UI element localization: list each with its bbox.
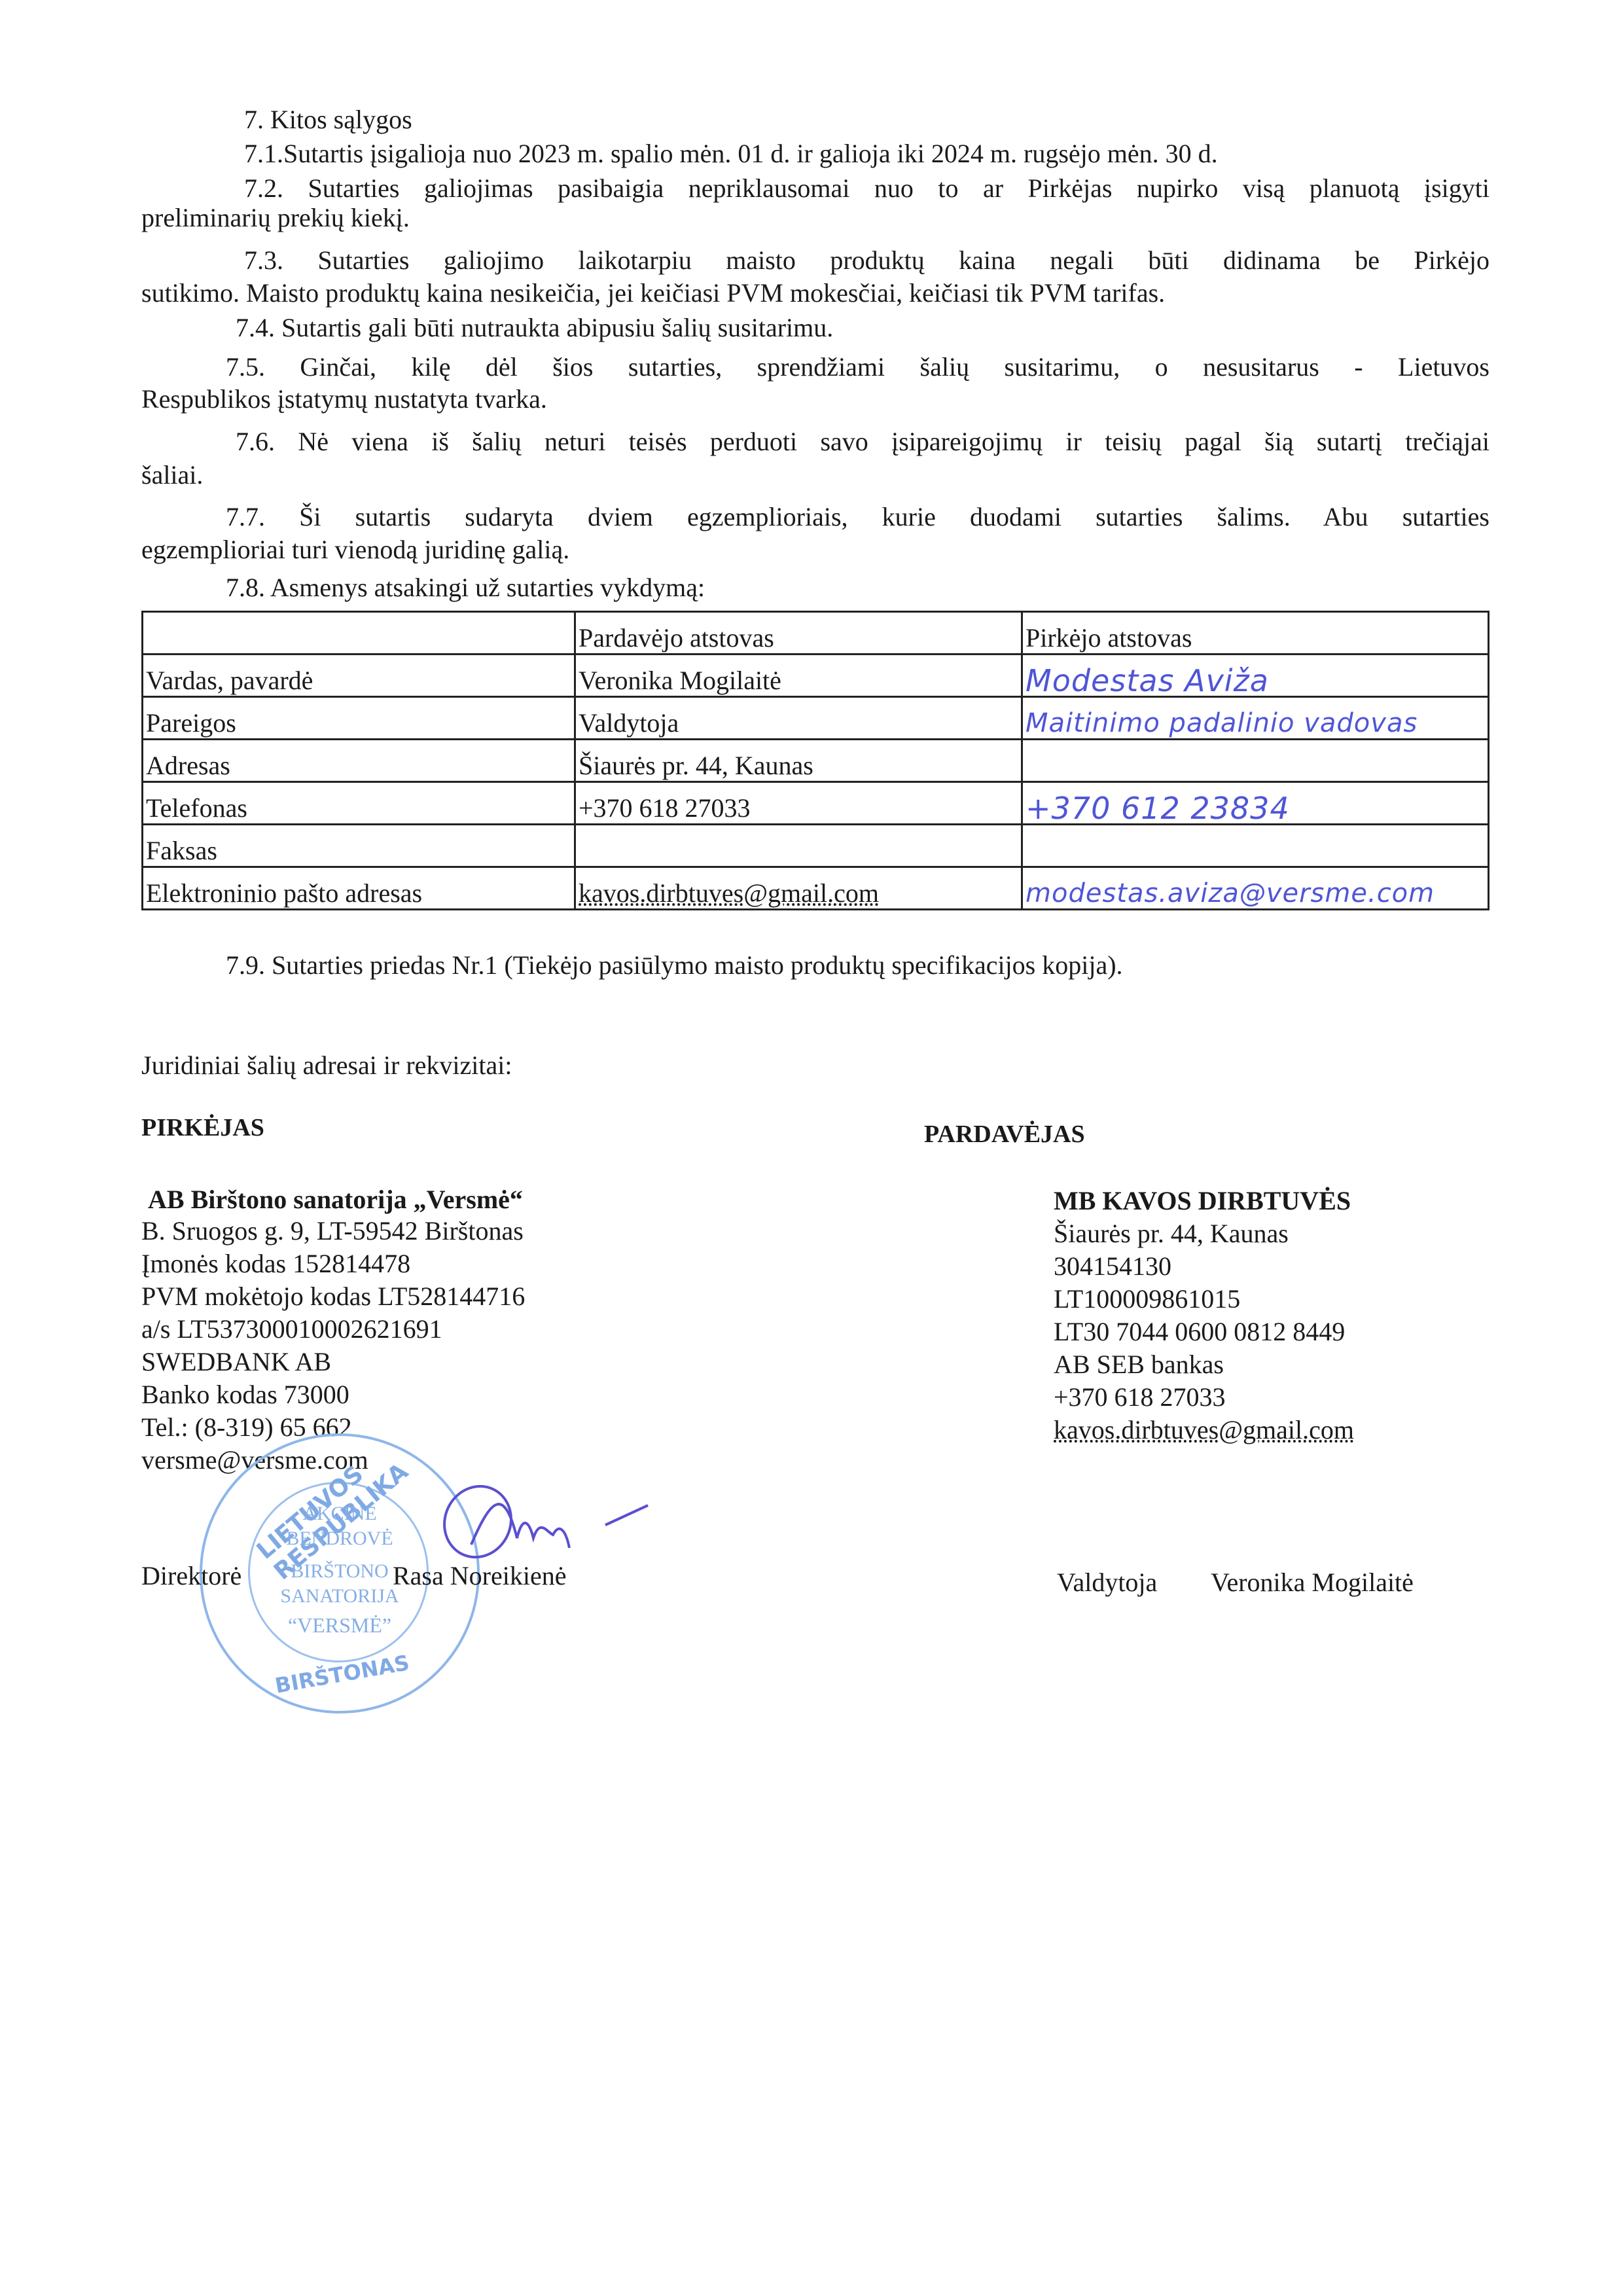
seller-value: Veronika Mogilaitė <box>575 655 1022 697</box>
row-label: Faksas <box>143 825 575 867</box>
seller-value: Valdytoja <box>575 697 1022 740</box>
clause-7-7-line2: egzemplioriai turi vienodą juridinę gali… <box>141 535 569 565</box>
clause-7-6-line2: šaliai. <box>141 460 203 490</box>
director-signature-icon <box>432 1473 668 1571</box>
section-heading: 7. Kitos sąlygos <box>244 105 412 135</box>
clause-7-2-line2: preliminarių prekių kiekį. <box>141 203 410 233</box>
buyer-signer-title: Direktorė <box>141 1561 241 1591</box>
clause-7-7-line1: 7.7. Ši sutartis sudaryta dviem egzempli… <box>226 502 1489 532</box>
buyer-name: AB Birštono sanatorija „Versmė“ <box>148 1185 523 1215</box>
clause-7-1: 7.1.Sutartis įsigalioja nuo 2023 m. spal… <box>244 139 1218 169</box>
table-header-row: Pardavėjo atstovas Pirkėjo atstovas <box>143 612 1489 655</box>
clause-7-8: 7.8. Asmenys atsakingi už sutarties vykd… <box>226 573 705 603</box>
seller-role: PARDAVĖJAS <box>924 1119 1085 1149</box>
buyer-role: PIRKĖJAS <box>141 1113 264 1143</box>
buyer-bank-code: Banko kodas 73000 <box>141 1380 349 1410</box>
clause-7-3-line1: 7.3. Sutarties galiojimo laikotarpiu mai… <box>244 245 1489 276</box>
buyer-handwritten-value: +370 612 23834 <box>1022 782 1489 825</box>
seller-name: MB KAVOS DIRBTUVĖS <box>1054 1186 1351 1216</box>
row-label: Adresas <box>143 740 575 782</box>
seller-value: +370 618 27033 <box>575 782 1022 825</box>
clause-7-3-line2: sutikimo. Maisto produktų kaina nesikeič… <box>141 278 1165 308</box>
clause-7-4: 7.4. Sutartis gali būti nutraukta abipus… <box>236 313 833 343</box>
stamp-line: “VERSMĖ” <box>202 1613 477 1638</box>
requisites-title: Juridiniai šalių adresai ir rekvizitai: <box>141 1050 512 1081</box>
row-label: Elektroninio pašto adresas <box>143 867 575 910</box>
buyer-bank-name: SWEDBANK AB <box>141 1347 331 1377</box>
table-header-cell: Pardavėjo atstovas <box>575 612 1022 655</box>
table-header-cell <box>143 612 575 655</box>
seller-bank-account: LT30 7044 0600 0812 8449 <box>1054 1317 1345 1347</box>
table-row: Vardas, pavardė Veronika Mogilaitė Modes… <box>143 655 1489 697</box>
responsible-persons-table: Pardavėjo atstovas Pirkėjo atstovas Vard… <box>141 611 1489 910</box>
buyer-company-code: Įmonės kodas 152814478 <box>141 1249 410 1279</box>
clause-7-9: 7.9. Sutarties priedas Nr.1 (Tiekėjo pas… <box>226 950 1123 980</box>
table-row: Adresas Šiaurės pr. 44, Kaunas <box>143 740 1489 782</box>
row-label: Pareigos <box>143 697 575 740</box>
buyer-handwritten-value: Maitinimo padalinio vadovas <box>1022 697 1489 740</box>
buyer-handwritten-value <box>1022 825 1489 867</box>
table-row: Elektroninio pašto adresas kavos.dirbtuv… <box>143 867 1489 910</box>
buyer-address: B. Sruogos g. 9, LT-59542 Birštonas <box>141 1216 524 1246</box>
table-row: Pareigos Valdytoja Maitinimo padalinio v… <box>143 697 1489 740</box>
row-label: Telefonas <box>143 782 575 825</box>
clause-7-6-line1: 7.6. Nė viena iš šalių neturi teisės per… <box>236 427 1489 457</box>
table-row: Telefonas +370 618 27033 +370 612 23834 <box>143 782 1489 825</box>
clause-7-5-line1: 7.5. Ginčai, kilę dėl šios sutarties, sp… <box>226 352 1489 382</box>
seller-signer-name: Veronika Mogilaitė <box>1211 1568 1414 1598</box>
buyer-bank-account: a/s LT537300010002621691 <box>141 1314 442 1344</box>
seller-value: Šiaurės pr. 44, Kaunas <box>575 740 1022 782</box>
buyer-handwritten-value: Modestas Aviža <box>1022 655 1489 697</box>
buyer-signer-name: Rasa Noreikienė <box>393 1561 566 1591</box>
seller-phone: +370 618 27033 <box>1054 1382 1226 1412</box>
seller-email-link[interactable]: kavos.dirbtuves@gmail.com <box>1054 1415 1354 1445</box>
table-header-cell: Pirkėjo atstovas <box>1022 612 1489 655</box>
clause-7-2-line1: 7.2. Sutarties galiojimas pasibaigia nep… <box>244 173 1489 204</box>
seller-email-link[interactable]: kavos.dirbtuves@gmail.com <box>579 878 879 908</box>
buyer-handwritten-value: modestas.aviza@versme.com <box>1022 867 1489 910</box>
seller-signer-title: Valdytoja <box>1057 1568 1157 1598</box>
seller-vat-code: LT100009861015 <box>1054 1284 1240 1314</box>
seller-company-code: 304154130 <box>1054 1251 1171 1282</box>
seller-bank-name: AB SEB bankas <box>1054 1350 1224 1380</box>
buyer-vat-code: PVM mokėtojo kodas LT528144716 <box>141 1282 525 1312</box>
seller-value <box>575 825 1022 867</box>
buyer-handwritten-value <box>1022 740 1489 782</box>
row-label: Vardas, pavardė <box>143 655 575 697</box>
table-row: Faksas <box>143 825 1489 867</box>
clause-7-5-line2: Respublikos įstatymų nustatyta tvarka. <box>141 384 547 414</box>
seller-address: Šiaurės pr. 44, Kaunas <box>1054 1219 1289 1249</box>
